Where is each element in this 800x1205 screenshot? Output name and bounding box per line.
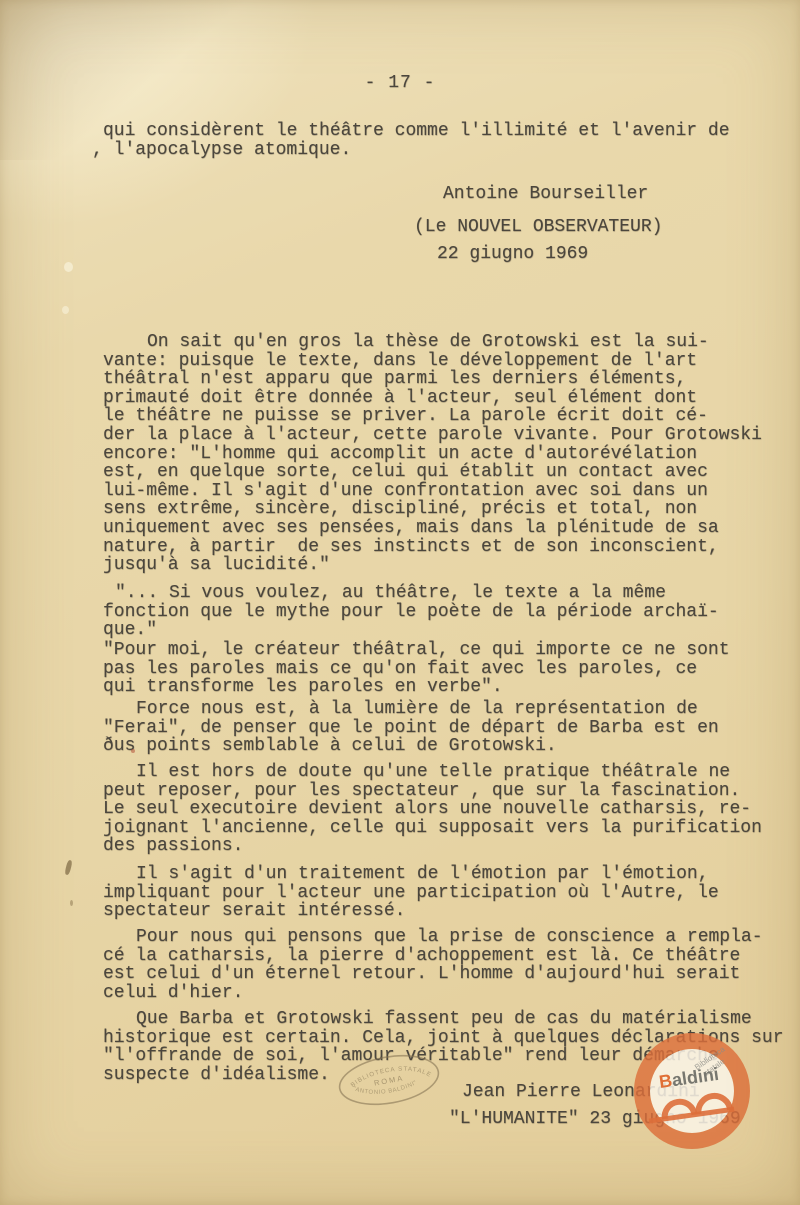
- body-paragraph-2: "... Si vous voulez, au théâtre, le text…: [103, 584, 719, 640]
- text-line: Il est hors de doute qu'une telle pratiq…: [103, 763, 762, 782]
- text-line: Il s'agit d'un traitement de l'émotion p…: [103, 865, 719, 884]
- paper-speck: [70, 900, 73, 906]
- body-paragraph-1: On sait qu'en gros la thèse de Grotowski…: [103, 333, 762, 575]
- body-paragraph-4: Force nous est, à la lumière de la repré…: [103, 700, 719, 756]
- paper-blemish: [62, 306, 69, 314]
- text-line: peut reposer, pour les spectateur , que …: [103, 782, 762, 801]
- text-line: , l'apocalypse atomique.: [92, 141, 730, 160]
- paper-blemish: [64, 262, 73, 272]
- text-line: fonction que le mythe pour le poète de l…: [103, 603, 719, 622]
- text-line: "Pour moi, le créateur théâtral, ce qui …: [103, 641, 730, 660]
- text-line: joignant l'ancienne, celle qui supposait…: [103, 819, 762, 838]
- body-paragraph-3: "Pour moi, le créateur théâtral, ce qui …: [103, 641, 730, 697]
- body-paragraph-5: Il est hors de doute qu'une telle pratiq…: [103, 763, 762, 856]
- text-line: sens extrême, sincère, discipliné, préci…: [103, 500, 762, 519]
- page-number: - 17 -: [365, 74, 436, 93]
- text-line: Force nous est, à la lumière de la repré…: [103, 700, 719, 719]
- byline-source: (Le NOUVEL OBSERVATEUR): [414, 218, 662, 237]
- byline-date: 22 giugno 1969: [437, 245, 588, 264]
- text-line: ðus points semblable à celui de Grotowsk…: [103, 737, 719, 756]
- text-line: "... Si vous voulez, au théâtre, le text…: [103, 584, 719, 603]
- text-line: qui considèrent le théâtre comme l'illim…: [103, 122, 730, 141]
- text-line: On sait qu'en gros la thèse de Grotowski…: [103, 333, 762, 352]
- text-line: des passions.: [103, 837, 762, 856]
- text-line: est, en quelque sorte, celui qui établit…: [103, 463, 762, 482]
- text-line: théâtral n'est apparu que parmi les dern…: [103, 370, 762, 389]
- baldini-logo: Biblioteca statale Baldini: [630, 1031, 754, 1155]
- intro-paragraph: qui considèrent le théâtre comme l'illim…: [103, 122, 730, 160]
- text-line: der la place à l'acteur, cette parole vi…: [103, 426, 762, 445]
- text-line: Pour nous qui pensons que la prise de co…: [103, 928, 763, 947]
- text-line: jusqu'à sa lucidité.": [103, 556, 762, 575]
- text-line: Le seul executoire devient alors une nou…: [103, 800, 762, 819]
- byline-author: Antoine Bourseiller: [443, 185, 648, 204]
- text-line: vante: puisque le texte, dans le dévelop…: [103, 352, 762, 371]
- text-line: celui d'hier.: [103, 984, 763, 1003]
- text-line: impliquant pour l'acteur une participati…: [103, 884, 719, 903]
- text-line: est celui d'un éternel retour. L'homme d…: [103, 965, 763, 984]
- text-line: uniquement avec ses pensées, mais dans l…: [103, 519, 762, 538]
- text-line: Que Barba et Grotowski fassent peu de ca…: [103, 1010, 784, 1029]
- text-line: qui transforme les paroles en verbe".: [103, 678, 730, 697]
- text-line: primauté doit être donnée à l'acteur, se…: [103, 389, 762, 408]
- text-line: spectateur serait intéressé.: [103, 902, 719, 921]
- text-line: le théâtre ne puisse se priver. La parol…: [103, 407, 762, 426]
- paper-speck: [64, 860, 72, 876]
- text-line: que.": [103, 621, 719, 640]
- body-paragraph-7: Pour nous qui pensons que la prise de co…: [103, 928, 763, 1002]
- text-line: cé la catharsis, la pierre d'achoppement…: [103, 947, 763, 966]
- scanned-document-page: - 17 - qui considèrent le théâtre comme …: [0, 0, 800, 1205]
- text-line: pas les paroles mais ce qu'on fait avec …: [103, 660, 730, 679]
- text-line: encore: "L'homme qui accomplit un acte d…: [103, 445, 762, 464]
- body-paragraph-6: Il s'agit d'un traitement de l'émotion p…: [103, 865, 719, 921]
- text-line: nature, à partir de ses instincts et de …: [103, 538, 762, 557]
- text-line: lui-même. Il s'agit d'une confrontation …: [103, 482, 762, 501]
- text-line: "Ferai", de penser que le point de dépar…: [103, 719, 719, 738]
